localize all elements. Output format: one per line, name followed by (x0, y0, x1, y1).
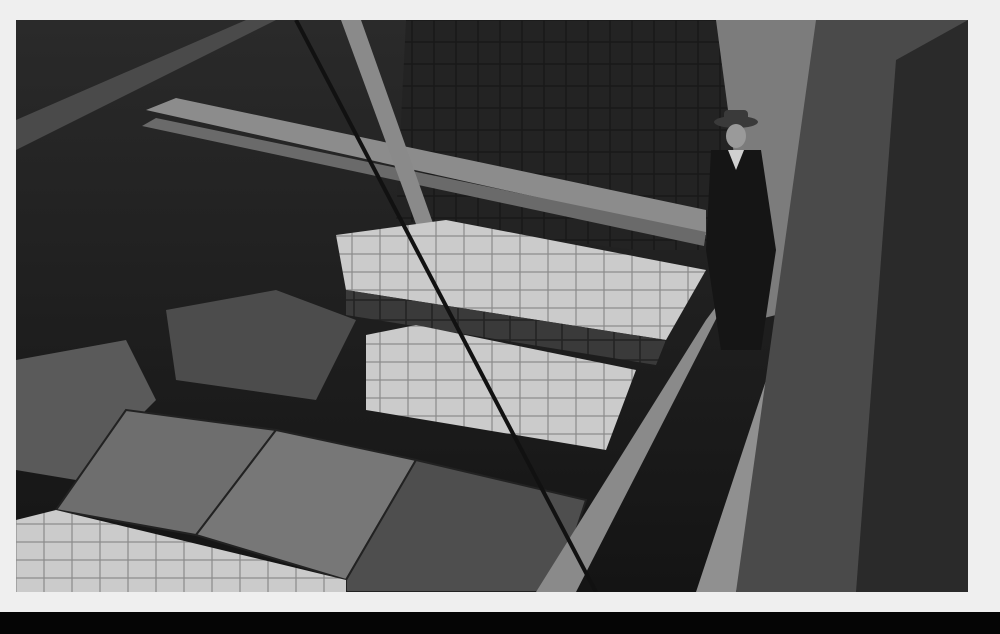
bottom-border (0, 612, 1000, 634)
cargo-hold-photograph (16, 20, 968, 592)
